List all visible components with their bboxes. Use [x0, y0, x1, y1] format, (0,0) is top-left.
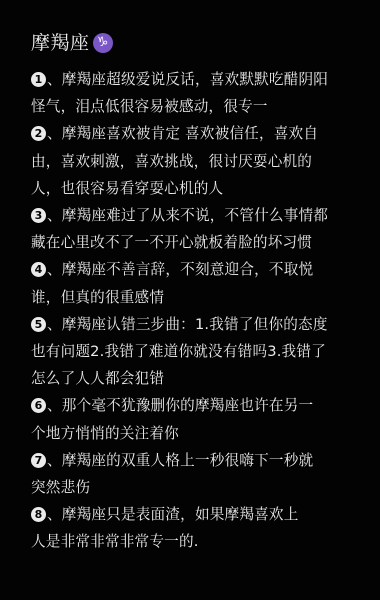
- list-item-text: 人是非常非常非常专一的.: [31, 528, 361, 555]
- list-item-text: 谁，但真的很重感情: [31, 284, 361, 311]
- page: 摩羯座 ♑ 1、摩羯座超级爱说反话，喜欢默默吃醋阴阳 怪气，泪点低很容易被感动，…: [0, 0, 380, 600]
- number-badge-icon: 2: [31, 126, 46, 141]
- list-item-text: 、摩羯座认错三步曲：1.我错了但你的态度: [47, 316, 328, 333]
- number-badge-icon: 4: [31, 262, 46, 277]
- list-item: 6、那个毫不犹豫删你的摩羯座也许在另一 个地方悄悄的关注着你: [31, 392, 361, 446]
- list-item-text: 怪气，泪点低很容易被感动，很专一: [31, 93, 361, 120]
- list-item-text: 、摩羯座不善言辞，不刻意迎合，不取悦: [47, 261, 313, 278]
- list-item: 4、摩羯座不善言辞，不刻意迎合，不取悦 谁，但真的很重感情: [31, 256, 361, 310]
- list-item-text: 、摩羯座难过了从来不说，不管什么事情都: [47, 207, 328, 224]
- list-item: 5、摩羯座认错三步曲：1.我错了但你的态度 也有问题2.我错了难道你就没有错吗3…: [31, 311, 361, 393]
- list-item-text: 突然悲伤: [31, 474, 361, 501]
- list-item-text: 也有问题2.我错了难道你就没有错吗3.我错了: [31, 338, 361, 365]
- trait-list: 1、摩羯座超级爱说反话，喜欢默默吃醋阴阳 怪气，泪点低很容易被感动，很专一 2、…: [31, 66, 361, 556]
- list-item: 8、摩羯座只是表面渣，如果摩羯喜欢上 人是非常非常非常专一的.: [31, 501, 361, 555]
- list-item: 7、摩羯座的双重人格上一秒很嗨下一秒就 突然悲伤: [31, 447, 361, 501]
- list-item-text: 人，也很容易看穿耍心机的人: [31, 175, 361, 202]
- list-item-text: 、摩羯座的双重人格上一秒很嗨下一秒就: [47, 452, 313, 469]
- list-item-text: 、摩羯座只是表面渣，如果摩羯喜欢上: [47, 506, 299, 523]
- list-item: 1、摩羯座超级爱说反话，喜欢默默吃醋阴阳 怪气，泪点低很容易被感动，很专一: [31, 66, 361, 120]
- list-item-text: 、摩羯座超级爱说反话，喜欢默默吃醋阴阳: [47, 71, 328, 88]
- number-badge-icon: 8: [31, 507, 46, 522]
- number-badge-icon: 6: [31, 398, 46, 413]
- list-item: 3、摩羯座难过了从来不说，不管什么事情都 藏在心里改不了一不开心就板着脸的坏习惯: [31, 202, 361, 256]
- number-badge-icon: 1: [31, 72, 46, 87]
- list-item: 2、摩羯座喜欢被肯定 喜欢被信任，喜欢自 由，喜欢刺激，喜欢挑战，很讨厌耍心机的…: [31, 120, 361, 202]
- page-title: 摩羯座: [31, 31, 90, 55]
- list-item-text: 个地方悄悄的关注着你: [31, 420, 361, 447]
- capricorn-icon: ♑: [93, 33, 113, 53]
- list-item-text: 藏在心里改不了一不开心就板着脸的坏习惯: [31, 229, 361, 256]
- number-badge-icon: 5: [31, 317, 46, 332]
- list-item-text: 怎么了人人都会犯错: [31, 365, 361, 392]
- list-item-line: 8、摩羯座只是表面渣，如果摩羯喜欢上: [31, 501, 361, 528]
- list-item-text: 、那个毫不犹豫删你的摩羯座也许在另一: [47, 397, 313, 414]
- number-badge-icon: 3: [31, 208, 46, 223]
- title-row: 摩羯座 ♑: [31, 31, 113, 55]
- list-item-line: 6、那个毫不犹豫删你的摩羯座也许在另一: [31, 392, 361, 419]
- number-badge-icon: 7: [31, 453, 46, 468]
- list-item-text: 、摩羯座喜欢被肯定 喜欢被信任，喜欢自: [47, 125, 318, 142]
- list-item-line: 4、摩羯座不善言辞，不刻意迎合，不取悦: [31, 256, 361, 283]
- list-item-line: 1、摩羯座超级爱说反话，喜欢默默吃醋阴阳: [31, 66, 361, 93]
- list-item-text: 由，喜欢刺激，喜欢挑战，很讨厌耍心机的: [31, 148, 361, 175]
- list-item-line: 3、摩羯座难过了从来不说，不管什么事情都: [31, 202, 361, 229]
- list-item-line: 5、摩羯座认错三步曲：1.我错了但你的态度: [31, 311, 361, 338]
- list-item-line: 7、摩羯座的双重人格上一秒很嗨下一秒就: [31, 447, 361, 474]
- list-item-line: 2、摩羯座喜欢被肯定 喜欢被信任，喜欢自: [31, 120, 361, 147]
